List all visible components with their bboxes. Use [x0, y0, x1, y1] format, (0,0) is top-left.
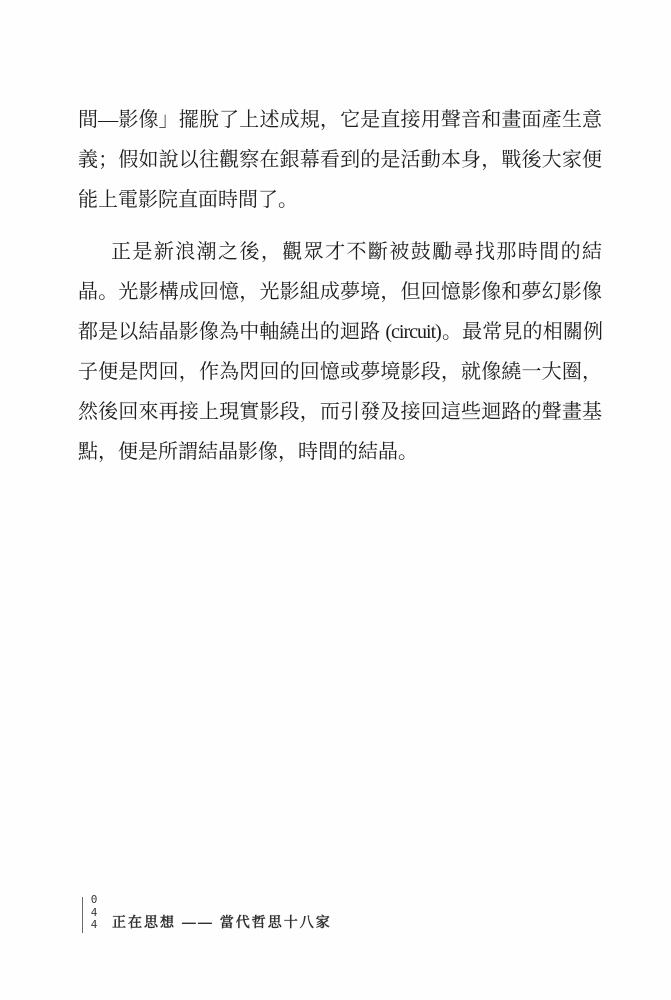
text-line: 子便是閃回，作為閃回的回憶或夢境影段，就像繞一大圈， [78, 352, 602, 392]
paragraph-1: 間—影像」擺脫了上述成規，它是直接用聲音和畫面產生意 義；假如說以往觀察在銀幕看… [78, 100, 602, 220]
page-number-digit: 0 [88, 894, 100, 907]
text-line: 間—影像」擺脫了上述成規，它是直接用聲音和畫面產生意 [78, 100, 602, 140]
book-page: 間—影像」擺脫了上述成規，它是直接用聲音和畫面產生意 義；假如說以往觀察在銀幕看… [0, 0, 671, 1000]
text-line: 點，便是所謂結晶影像，時間的結晶。 [78, 432, 602, 472]
running-title: 正在思想 —— 當代哲思十八家 [112, 912, 332, 932]
text-line: 然後回來再接上現實影段，而引發及接回這些迴路的聲畫基 [78, 392, 602, 432]
text-line: 能上電影院直面時間了。 [78, 180, 602, 220]
text-line: 正是新浪潮之後，觀眾才不斷被鼓勵尋找那時間的結 [78, 232, 602, 272]
page-number-rule [82, 897, 83, 933]
text-line: 都是以結晶影像為中軸繞出的迴路 (circuit)。最常見的相關例 [78, 312, 602, 352]
page-number-digit: 4 [88, 919, 100, 932]
text-line: 晶。光影構成回憶，光影組成夢境，但回憶影像和夢幻影像 [78, 272, 602, 312]
paragraph-2: 正是新浪潮之後，觀眾才不斷被鼓勵尋找那時間的結 晶。光影構成回憶，光影組成夢境，… [78, 232, 602, 472]
text-line: 義；假如說以往觀察在銀幕看到的是活動本身，戰後大家便 [78, 140, 602, 180]
page-number: 0 4 4 [88, 894, 100, 932]
